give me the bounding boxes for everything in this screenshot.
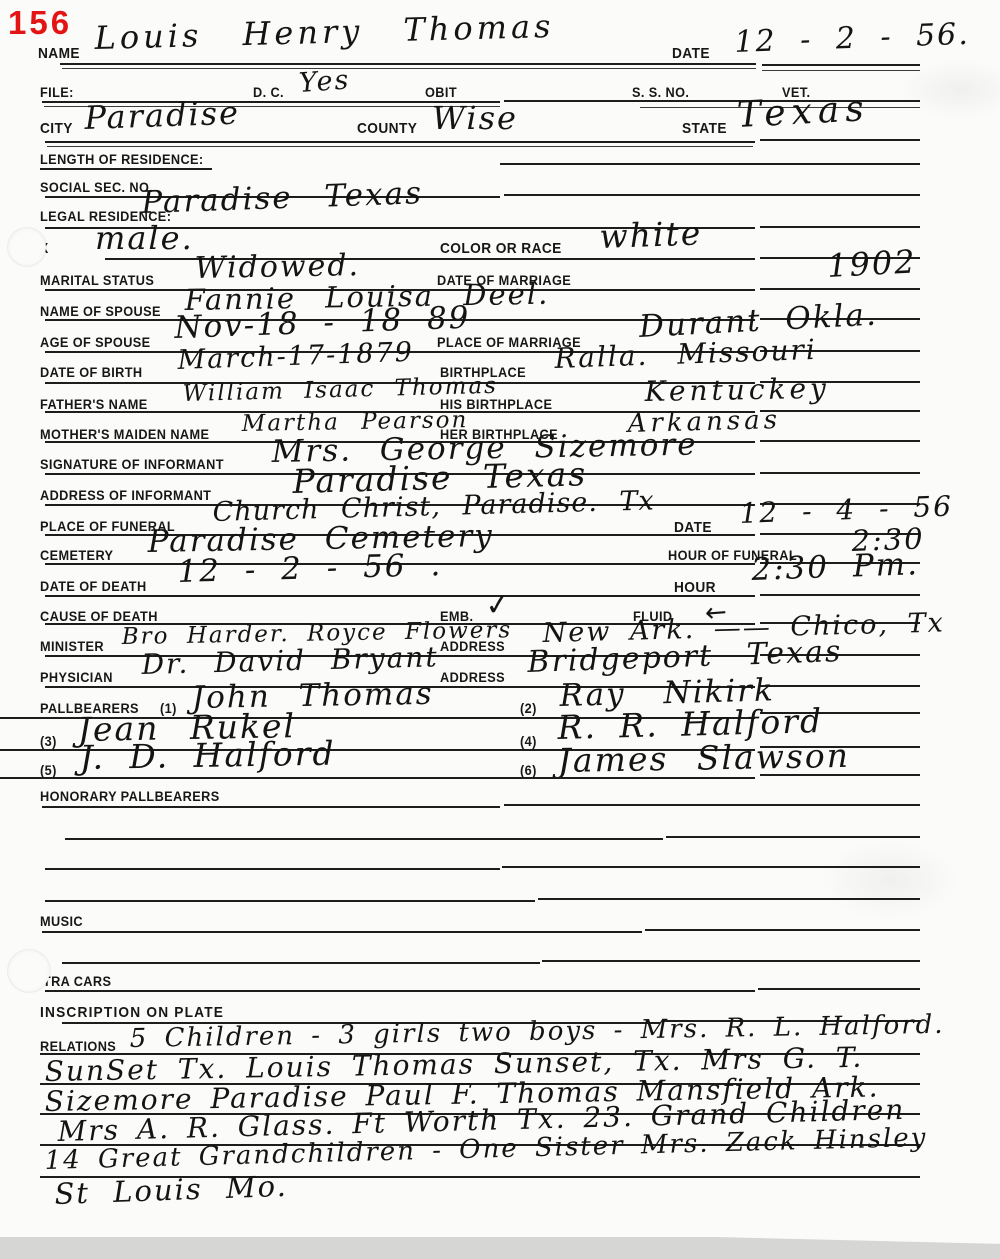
his-birthplace-value: Kentuckey xyxy=(645,375,831,406)
honorary-pallbearers-label: HONORARY PALLBEARERS xyxy=(40,788,220,804)
pallbearer-6-num: (6) xyxy=(520,762,537,778)
state-value: Texas xyxy=(736,91,870,134)
fathers-name-label: FATHER'S NAME xyxy=(40,396,148,412)
dc-label: D. C. xyxy=(253,84,284,100)
pallbearer-5-name: J. D. Halford xyxy=(79,737,335,774)
dc-value: Yes xyxy=(298,66,351,97)
color-or-race-label: COLOR OR RACE xyxy=(440,239,562,256)
scanned-funeral-record: { "page_number": "156", "accent_red": "#… xyxy=(0,0,1000,1259)
date-of-birth-label: DATE OF BIRTH xyxy=(40,364,143,380)
signature-of-informant-label: SIGNATURE OF INFORMANT xyxy=(40,456,224,472)
sex-value: male. xyxy=(95,222,194,254)
physician-label: PHYSICIAN xyxy=(40,669,113,685)
pallbearer-4-num: (4) xyxy=(520,733,537,749)
inscription-on-plate-label: INSCRIPTION ON PLATE xyxy=(40,1003,224,1020)
state-label: STATE xyxy=(682,119,727,136)
date-label: DATE xyxy=(672,44,710,61)
length-of-residence-label: LENGTH OF RESIDENCE: xyxy=(40,151,204,167)
pallbearer-2-num: (2) xyxy=(520,700,537,716)
date-of-birth-value: March-17-1879 xyxy=(177,339,414,374)
age-of-spouse-label: AGE OF SPOUSE xyxy=(40,334,151,350)
county-value: Wise xyxy=(432,102,518,134)
city-label: CITY xyxy=(40,119,73,136)
obit-label: OBIT xyxy=(425,84,457,100)
file-label: FILE: xyxy=(40,84,74,100)
pallbearer-6-name: James Slawson xyxy=(557,739,850,777)
name-label: NAME xyxy=(38,44,80,61)
date-of-marriage-value: 1902 xyxy=(826,245,917,282)
pallbearer-5-num: (5) xyxy=(40,762,57,778)
hole-punch xyxy=(8,950,50,992)
hour-label: HOUR xyxy=(674,578,716,595)
music-label: MUSIC xyxy=(40,913,83,929)
address-of-informant-label: ADDRESS OF INFORMANT xyxy=(40,487,211,503)
date-of-death-value: 12 - 2 - 56 . xyxy=(177,550,442,588)
marital-status-value: Widowed. xyxy=(194,251,360,284)
marital-status-label: MARITAL STATUS xyxy=(40,272,154,288)
bleed-through-smudge xyxy=(820,840,960,920)
county-label: COUNTY xyxy=(357,119,417,136)
pallbearer-3-num: (3) xyxy=(40,733,57,749)
ssno-label: S. S. NO. xyxy=(632,84,689,100)
page-number-stamp: 156 xyxy=(8,4,72,42)
funeral-date-label: DATE xyxy=(674,518,712,535)
city-value: Paradise xyxy=(84,97,241,134)
date-value: 12 - 2 - 56. xyxy=(734,20,970,58)
relations-line-6: St Louis Mo. xyxy=(54,1172,288,1209)
physician-address-label: ADDRESS xyxy=(440,669,505,685)
relations-label: RELATIONS xyxy=(40,1038,116,1054)
color-or-race-value: white xyxy=(599,216,703,253)
cemetery-label: CEMETERY xyxy=(40,547,113,563)
date-of-death-label: DATE OF DEATH xyxy=(40,578,147,594)
name-of-spouse-label: NAME OF SPOUSE xyxy=(40,303,161,319)
social-sec-no-label: SOCIAL SEC. NO. xyxy=(40,179,153,195)
physician-value: Dr. David Bryant xyxy=(141,643,439,679)
hour-value: 2:30 Pm. xyxy=(751,549,920,586)
cause-of-death-label: CAUSE OF DEATH xyxy=(40,608,158,624)
mothers-maiden-name-label: MOTHER'S MAIDEN NAME xyxy=(40,426,209,442)
hole-punch xyxy=(8,228,46,266)
minister-address-label: ADDRESS xyxy=(440,638,505,654)
minister-label: MINISTER xyxy=(40,638,104,654)
